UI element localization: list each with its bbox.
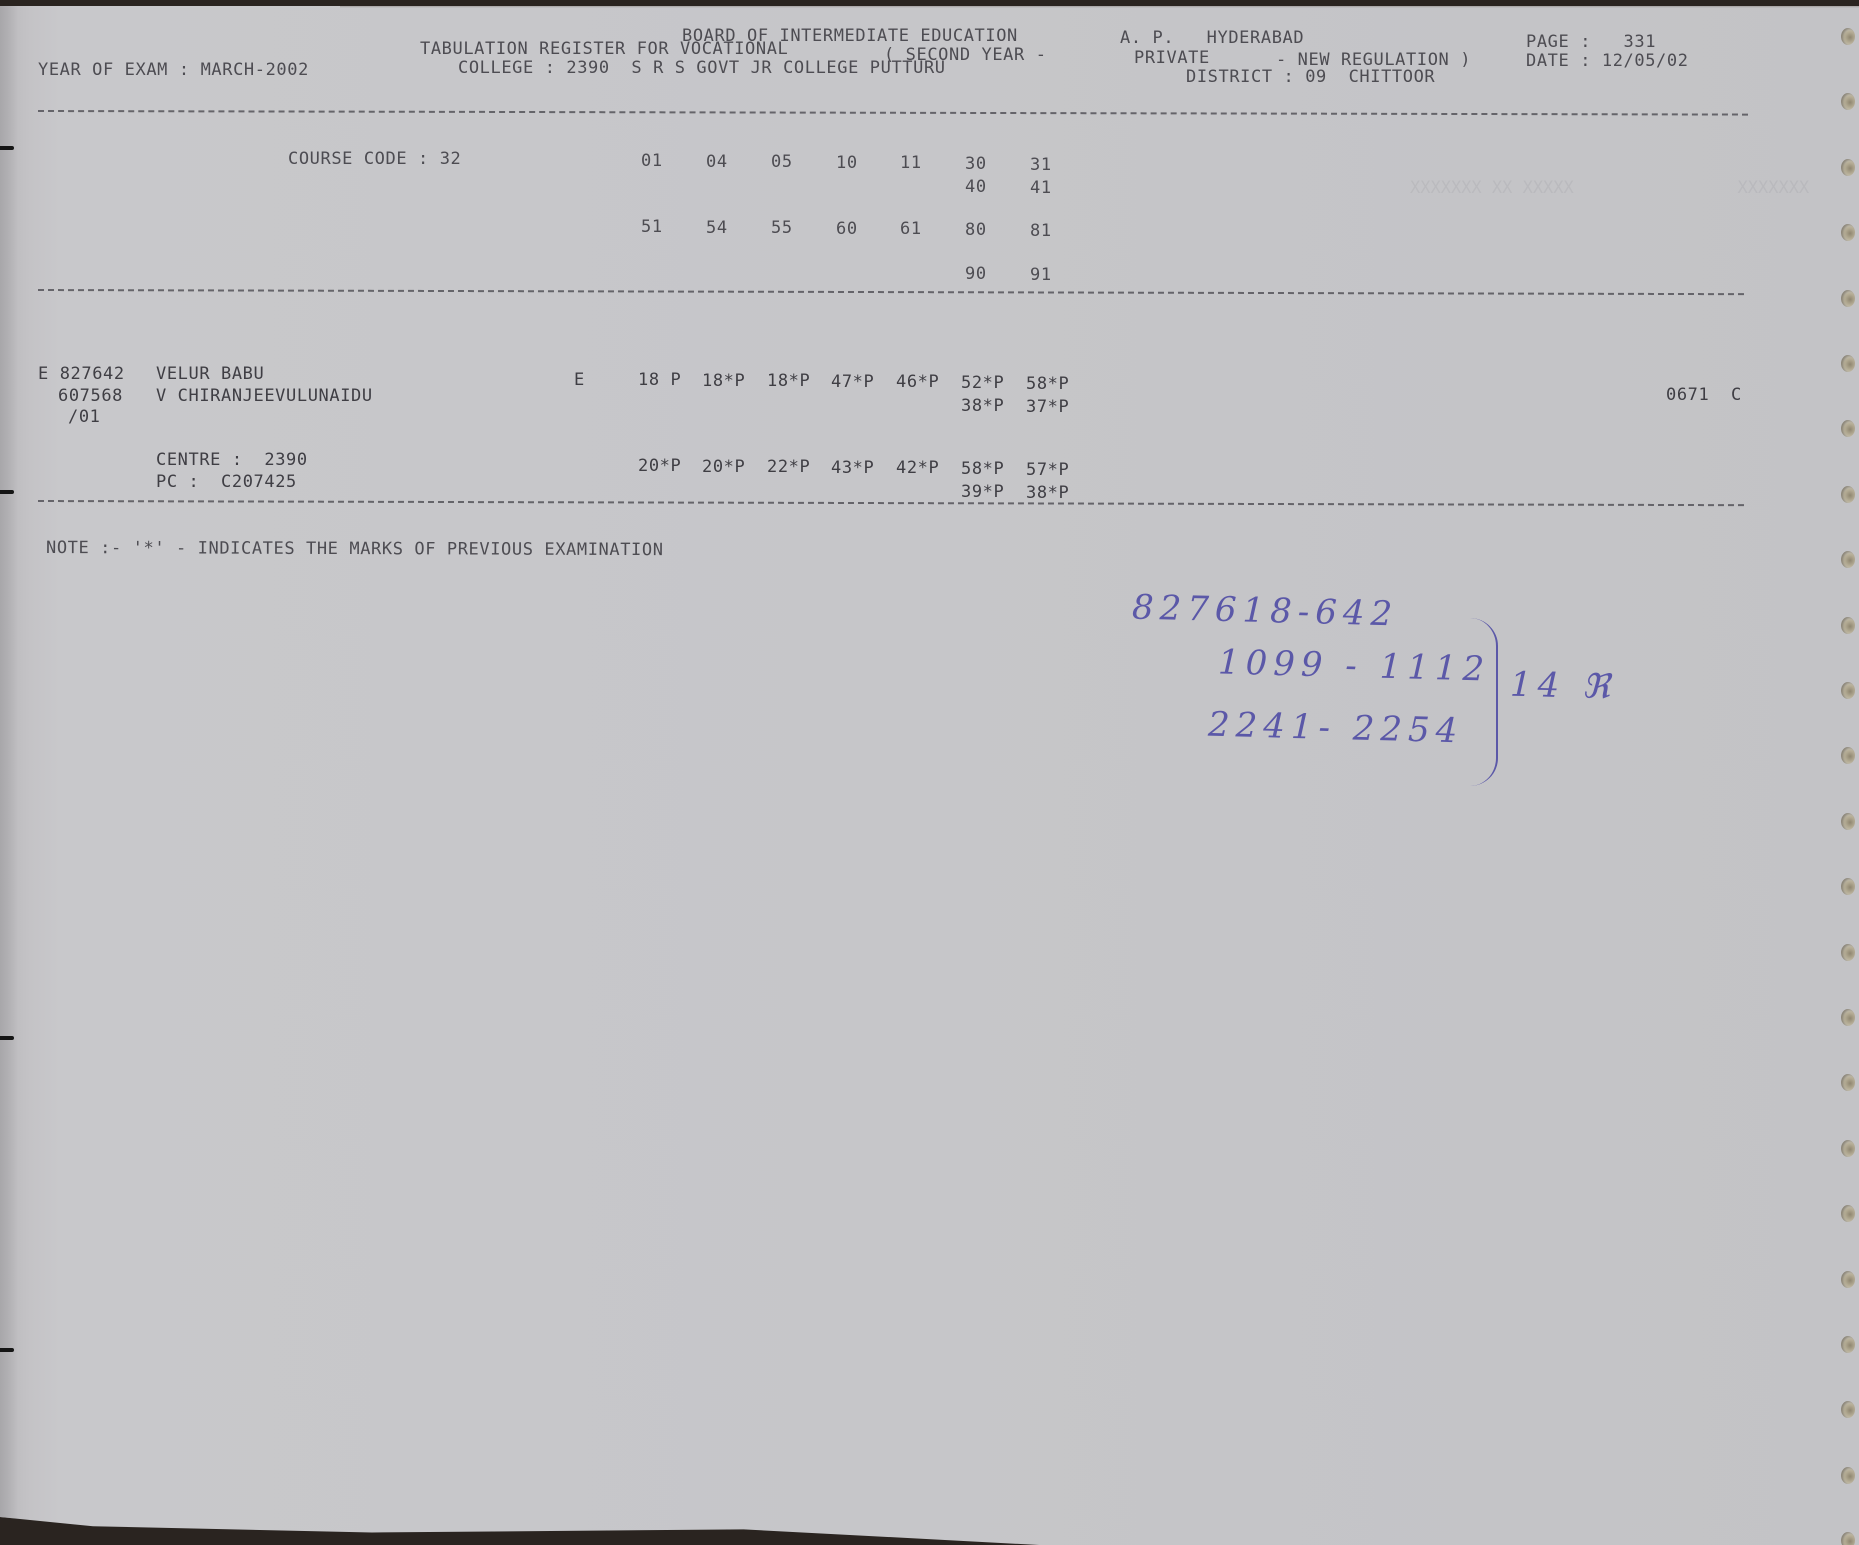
- separator: :: [1580, 32, 1591, 52]
- subject-code: 60: [836, 219, 858, 239]
- feed-hole: [1841, 355, 1855, 372]
- subject-mark: 20*P: [638, 456, 681, 476]
- subject-code: 90: [965, 264, 987, 284]
- college-label: COLLEGE: [458, 58, 534, 78]
- course-code-label: COURSE CODE: [288, 149, 407, 169]
- feed-hole: [1841, 682, 1855, 699]
- feed-hole: [1841, 1271, 1855, 1288]
- parent-name: V CHIRANJEEVULUNAIDU: [156, 386, 373, 406]
- binding-mark: [0, 1348, 14, 1352]
- subject-code: 80: [965, 220, 987, 240]
- year-of-exam-label: YEAR OF EXAM: [38, 60, 168, 80]
- college-info: COLLEGE : 2390 S R S GOVT JR COLLEGE PUT…: [458, 58, 946, 78]
- subject-mark: 39*P: [961, 482, 1004, 502]
- centre-info: CENTRE : 2390: [156, 450, 308, 470]
- feed-hole: [1841, 290, 1855, 307]
- subject-mark: 57*P: [1026, 460, 1069, 480]
- subject-mark: 18*P: [767, 371, 810, 391]
- centre-label: CENTRE: [156, 450, 221, 470]
- candidate-name: VELUR BABU: [156, 364, 264, 384]
- feed-hole: [1841, 28, 1855, 45]
- feed-hole: [1841, 813, 1855, 830]
- separator: :: [179, 60, 190, 80]
- handwritten-line-1: 827618-642: [1132, 588, 1399, 635]
- subject-mark: 43*P: [831, 458, 874, 478]
- feed-hole: [1841, 1467, 1855, 1484]
- subject-code: 51: [641, 217, 663, 237]
- page-number: PAGE : 331: [1526, 32, 1656, 52]
- district-label: DISTRICT: [1186, 67, 1273, 87]
- subject-code: 55: [771, 218, 793, 238]
- feed-hole: [1841, 1532, 1855, 1545]
- pc-label: PC: [156, 472, 178, 492]
- feed-hole: [1841, 93, 1855, 110]
- candidate-id: E 827642: [38, 364, 125, 384]
- subject-code: 61: [900, 219, 922, 239]
- college-code: 2390: [566, 58, 609, 78]
- subject-mark: 18 P: [638, 370, 681, 390]
- subject-mark: 37*P: [1026, 397, 1069, 417]
- district-code: 09: [1305, 67, 1327, 87]
- feed-hole: [1841, 420, 1855, 437]
- course-code: COURSE CODE : 32: [288, 149, 461, 169]
- binding-edge: [0, 6, 18, 1545]
- subject-code: 31: [1030, 155, 1052, 175]
- handwritten-line-2: 1099 - 1112: [1218, 642, 1491, 689]
- handwritten-brace: [1470, 618, 1498, 786]
- subject-mark: 47*P: [831, 372, 874, 392]
- feed-hole: [1841, 878, 1855, 895]
- feed-hole: [1841, 159, 1855, 176]
- subject-mark: 58*P: [1026, 374, 1069, 394]
- page-label: PAGE: [1526, 32, 1569, 52]
- separator: :: [545, 58, 556, 78]
- subject-mark: 38*P: [961, 396, 1004, 416]
- separator: :: [418, 149, 429, 169]
- total-marks: 0671: [1666, 385, 1709, 405]
- district-info: DISTRICT : 09 CHITTOOR: [1186, 67, 1435, 87]
- centre-code: 2390: [264, 450, 307, 470]
- result-grade: C: [1731, 385, 1742, 405]
- header-divider: [38, 110, 1748, 116]
- subject-mark: 20*P: [702, 457, 745, 477]
- subject-code: 10: [836, 153, 858, 173]
- feed-hole: [1841, 224, 1855, 241]
- feed-hole: [1841, 1140, 1855, 1157]
- board-location: A. P. HYDERABAD: [1120, 28, 1304, 48]
- feed-hole: [1841, 617, 1855, 634]
- subject-code: 30: [965, 154, 987, 174]
- total-and-result: 0671 C: [1666, 385, 1742, 405]
- feed-hole: [1841, 1009, 1855, 1026]
- date-value: 12/05/02: [1602, 51, 1689, 71]
- feed-hole: [1841, 1074, 1855, 1091]
- binding-mark: [0, 1036, 14, 1040]
- feed-hole: [1841, 1401, 1855, 1418]
- year-of-exam: YEAR OF EXAM : MARCH-2002: [38, 60, 309, 80]
- candidate-suffix: /01: [68, 407, 101, 427]
- subject-code: 91: [1030, 265, 1052, 285]
- handwritten-count: 14 ℜ: [1509, 665, 1616, 708]
- medium-flag: E: [574, 370, 585, 390]
- district-name: CHITTOOR: [1349, 67, 1436, 87]
- hall-ticket-number: 827642: [60, 364, 125, 384]
- register-title: TABULATION REGISTER FOR VOCATIONAL: [420, 39, 788, 59]
- binding-mark: [0, 146, 14, 150]
- pc-value: C207425: [221, 472, 297, 492]
- course-code-value: 32: [440, 149, 462, 169]
- date-label: DATE: [1526, 51, 1569, 71]
- feed-hole: [1841, 1336, 1855, 1353]
- subject-code: 11: [900, 153, 922, 173]
- footnote: NOTE :- '*' - INDICATES THE MARKS OF PRE…: [46, 538, 664, 560]
- subject-mark: 46*P: [896, 372, 939, 392]
- subject-code: 01: [641, 151, 663, 171]
- feed-hole: [1841, 747, 1855, 764]
- tabulation-register-page: XXXXXXX XX XXXXX XXXXXXX YEAR OF EXAM : …: [0, 6, 1859, 1545]
- subject-mark: 18*P: [702, 371, 745, 391]
- print-date: DATE : 12/05/02: [1526, 51, 1689, 71]
- subject-mark: 38*P: [1026, 483, 1069, 503]
- subject-code: 81: [1030, 221, 1052, 241]
- separator: :: [1580, 51, 1591, 71]
- feed-hole: [1841, 551, 1855, 568]
- register-category: PRIVATE: [1134, 48, 1210, 68]
- college-name: S R S GOVT JR COLLEGE PUTTURU: [631, 58, 945, 78]
- subject-code: 04: [706, 152, 728, 172]
- course-divider: [38, 289, 1744, 295]
- handwritten-line-3: 2241- 2254: [1208, 705, 1464, 752]
- binding-mark: [0, 490, 14, 494]
- show-through-text: XXXXXXX XX XXXXX XXXXXXX: [1410, 178, 1809, 198]
- feed-hole: [1841, 486, 1855, 503]
- candidate-divider: [38, 500, 1744, 506]
- page-number-value: 331: [1624, 32, 1657, 52]
- serial-number: 607568: [58, 386, 123, 406]
- subject-code: 05: [771, 152, 793, 172]
- separator: :: [1284, 67, 1295, 87]
- feed-hole: [1841, 944, 1855, 961]
- subject-mark: 22*P: [767, 457, 810, 477]
- subject-code: 54: [706, 218, 728, 238]
- subject-code: 41: [1030, 178, 1052, 198]
- separator: :: [189, 472, 200, 492]
- subject-code: 40: [965, 177, 987, 197]
- separator: :: [232, 450, 243, 470]
- stream-flag: E: [38, 364, 49, 384]
- feed-hole: [1841, 1205, 1855, 1222]
- pc-info: PC : C207425: [156, 472, 297, 492]
- subject-mark: 52*P: [961, 373, 1004, 393]
- year-of-exam-value: MARCH-2002: [201, 60, 309, 80]
- subject-mark: 58*P: [961, 459, 1004, 479]
- subject-mark: 42*P: [896, 458, 939, 478]
